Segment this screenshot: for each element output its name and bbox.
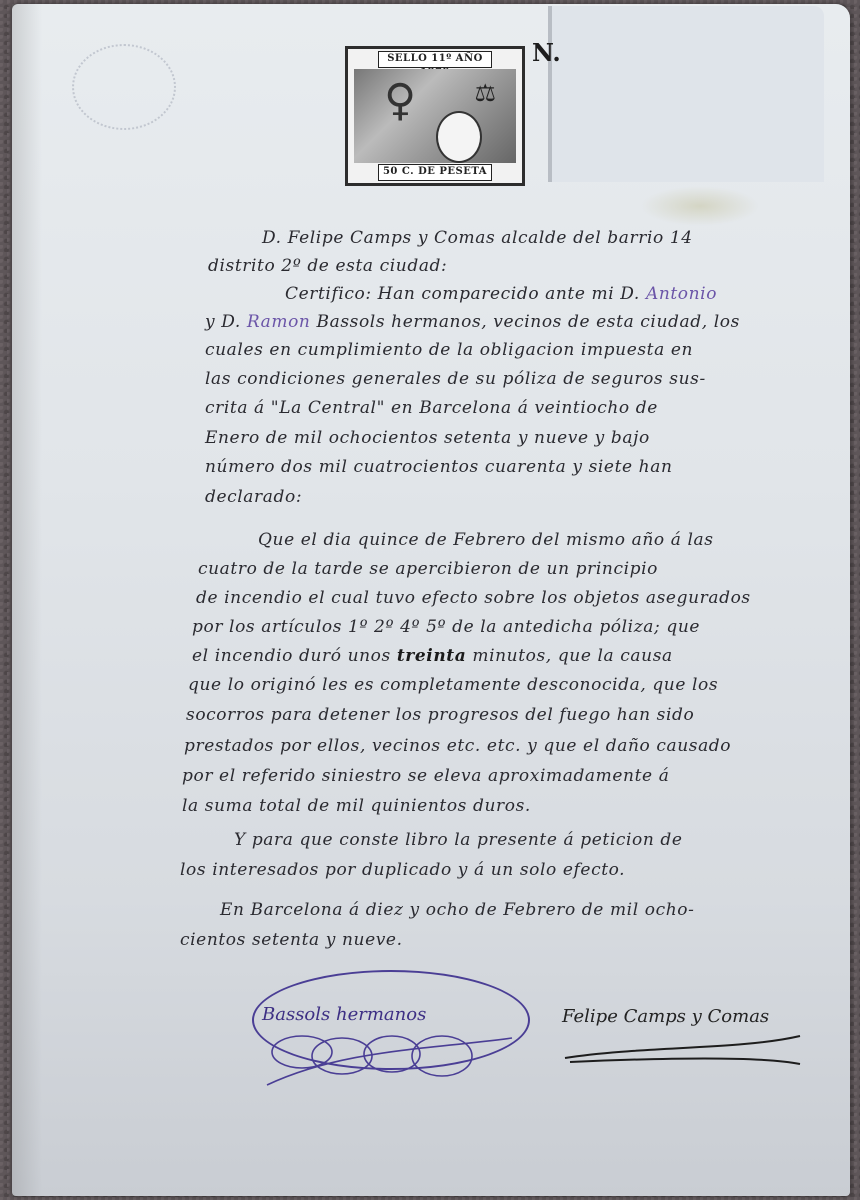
text-line: prestados por ellos, vecinos etc. etc. y… (184, 736, 731, 756)
text-line: declarado: (205, 487, 302, 507)
text-line: por el referido siniestro se eleva aprox… (182, 766, 669, 786)
text-line: D. Felipe Camps y Comas alcalde del barr… (262, 228, 693, 248)
text-line: número dos mil cuatrocientos cuarenta y … (205, 457, 673, 477)
text-line: socorros para detener los progresos del … (186, 705, 694, 725)
signature-camps: Felipe Camps y Comas (562, 1006, 769, 1027)
text-line: Enero de mil ochocientos setenta y nueve… (205, 428, 650, 448)
text-line: los interesados por duplicado y á un sol… (180, 860, 625, 880)
text-line: de incendio el cual tuvo efecto sobre lo… (196, 588, 751, 608)
text-line: por los artículos 1º 2º 4º 5º de la ante… (192, 617, 700, 637)
text-line: que lo originó les es completamente desc… (188, 675, 718, 695)
text-line: las condiciones generales de su póliza d… (205, 369, 706, 389)
text-line: Que el dia quince de Febrero del mismo a… (258, 530, 714, 550)
text-line: En Barcelona á diez y ocho de Febrero de… (220, 900, 694, 920)
text-line: cuales en cumplimiento de la obligacion … (205, 340, 693, 360)
signature-flourish-left (262, 1030, 522, 1090)
text-line: cientos setenta y nueve. (180, 930, 403, 950)
text-line: Y para que conste libro la presente á pe… (234, 830, 683, 850)
text-line: cuatro de la tarde se apercibieron de un… (198, 559, 658, 579)
text-line: Certifico: Han comparecido ante mi D. An… (285, 284, 717, 304)
text-line: el incendio duró unos treinta minutos, q… (192, 646, 673, 666)
signature-flourish-right (560, 1028, 810, 1068)
signature-bassols: Bassols hermanos (262, 1004, 426, 1025)
text-line: crita á "La Central" en Barcelona á vein… (205, 398, 658, 418)
text-line: distrito 2º de esta ciudad: (208, 256, 447, 276)
text-line: la suma total de mil quinientos duros. (182, 796, 531, 816)
text-line: y D. Ramon Bassols hermanos, vecinos de … (205, 312, 740, 332)
